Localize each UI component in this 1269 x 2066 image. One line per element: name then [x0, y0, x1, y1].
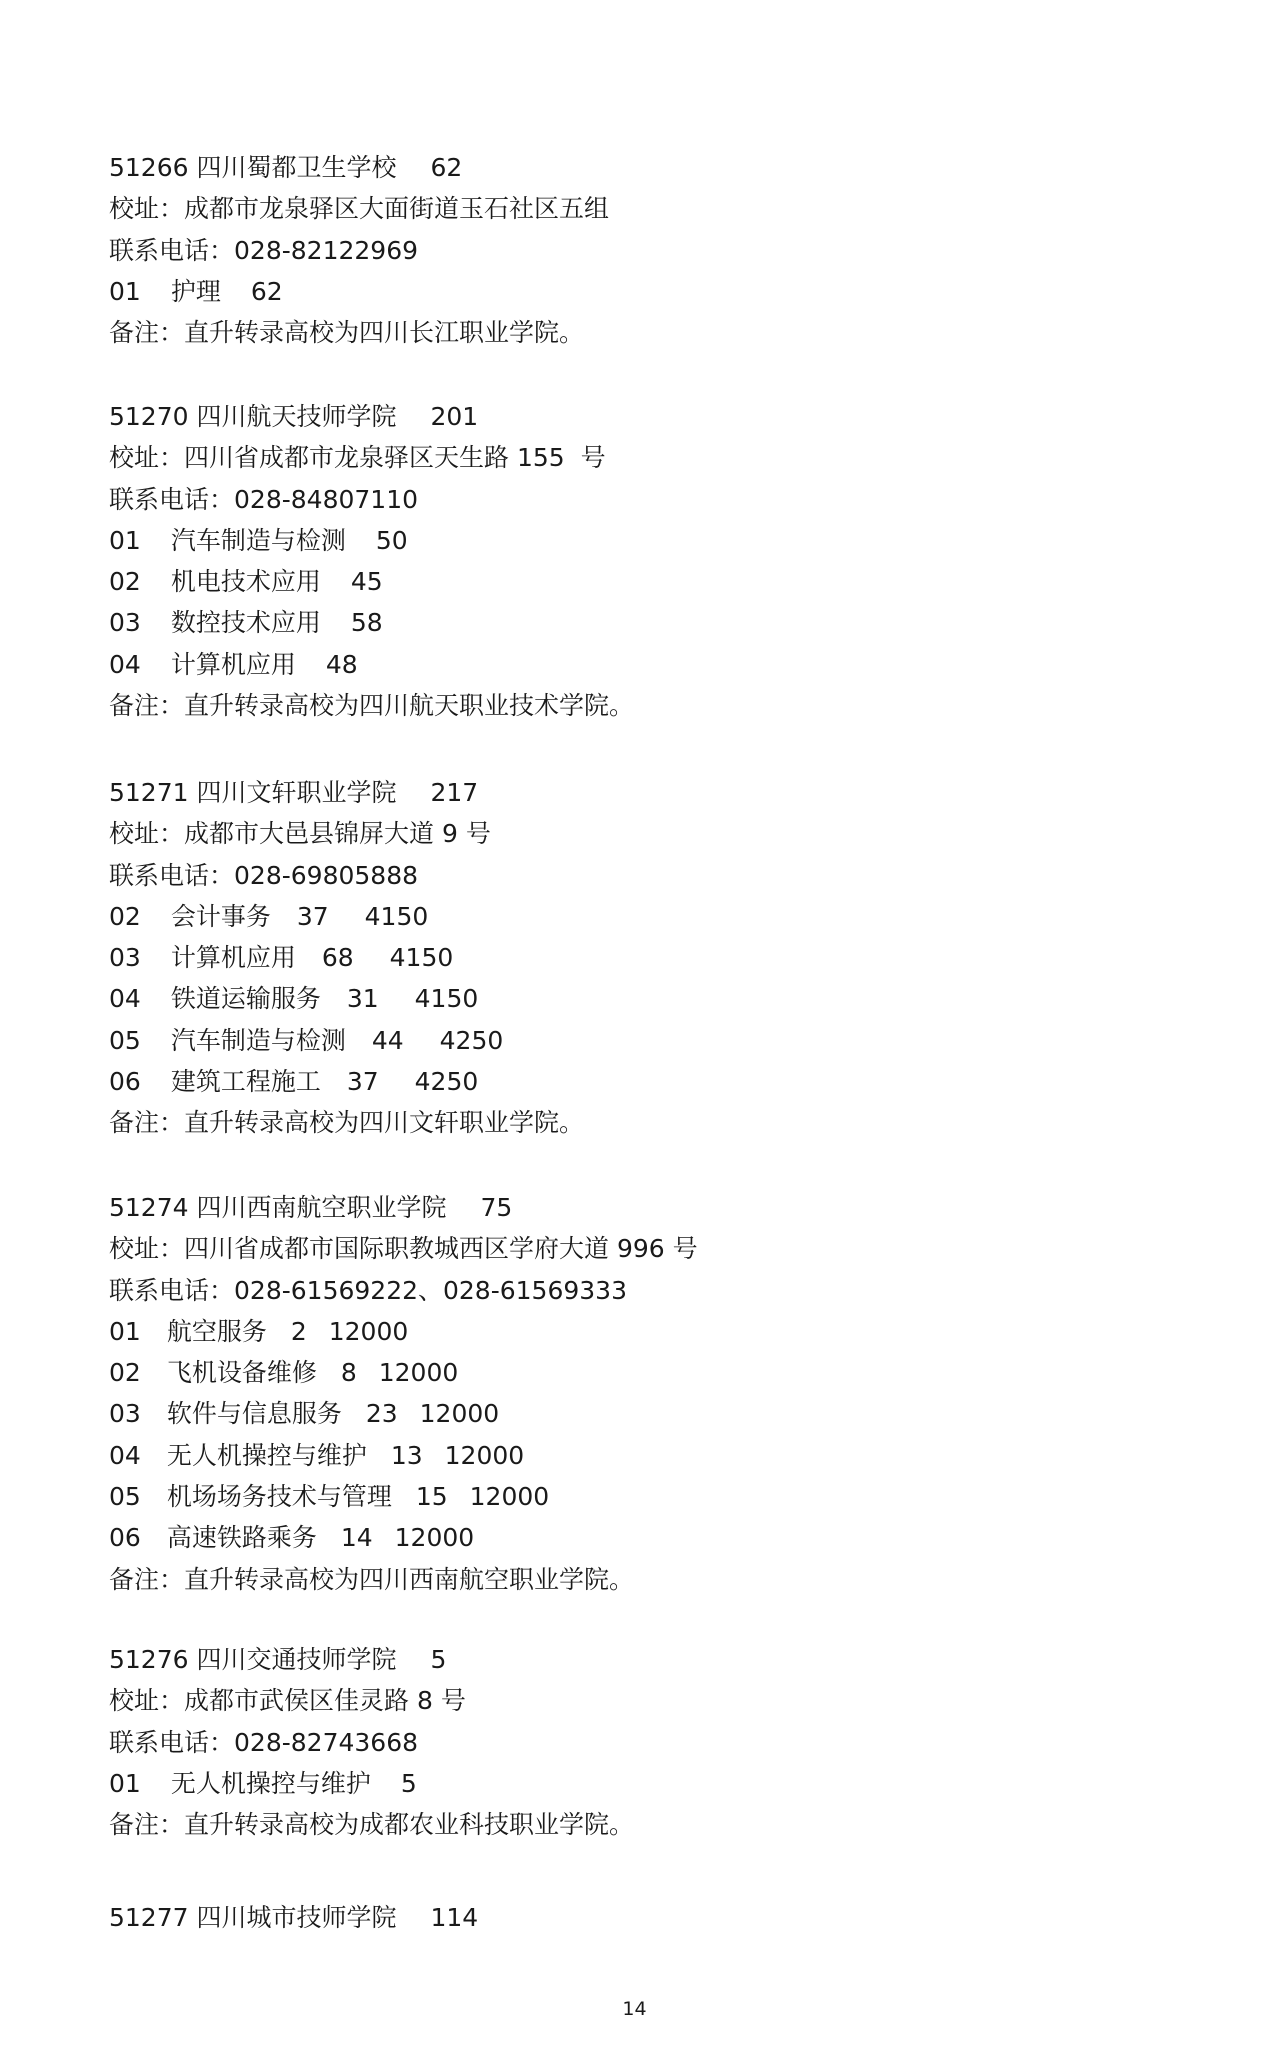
major-fee: 4150: [365, 902, 429, 931]
school-section-51276: 51276 四川交通技师学院5 校址：成都市武侯区佳灵路 8 号 联系电话：02…: [109, 1639, 634, 1845]
major-name: 航空服务: [167, 1317, 267, 1346]
major-code: 01: [109, 526, 141, 555]
major-code: 05: [109, 1026, 141, 1055]
major-row: 02飞机设备维修812000: [109, 1352, 698, 1393]
major-row: 06建筑工程施工374250: [109, 1061, 584, 1102]
address-label: 校址：: [109, 443, 184, 472]
school-total: 75: [481, 1193, 513, 1222]
school-total: 114: [431, 1903, 479, 1932]
school-heading: 51274 四川西南航空职业学院75: [109, 1187, 698, 1228]
school-section-51274: 51274 四川西南航空职业学院75 校址：四川省成都市国际职教城西区学府大道 …: [109, 1187, 698, 1600]
major-row: 04无人机操控与维护1312000: [109, 1435, 698, 1476]
major-count: 5: [401, 1769, 417, 1798]
address-value: 成都市龙泉驿区大面街道玉石社区五组: [184, 194, 609, 223]
school-code: 51270: [109, 402, 189, 431]
major-row: 02会计事务374150: [109, 896, 584, 937]
major-count: 37: [347, 1067, 379, 1096]
phone-value: 028-84807110: [234, 485, 418, 514]
major-count: 13: [391, 1441, 423, 1470]
major-code: 01: [109, 1769, 141, 1798]
school-note: 备注：直升转录高校为四川西南航空职业学院。: [109, 1559, 698, 1600]
major-name: 建筑工程施工: [171, 1067, 321, 1096]
major-code: 06: [109, 1067, 141, 1096]
school-code: 51266: [109, 153, 189, 182]
address-value: 成都市大邑县锦屏大道 9 号: [184, 819, 491, 848]
major-fee: 12000: [470, 1482, 550, 1511]
major-count: 48: [326, 650, 358, 679]
school-code: 51274: [109, 1193, 189, 1222]
major-count: 50: [376, 526, 408, 555]
major-fee: 12000: [329, 1317, 409, 1346]
major-code: 01: [109, 277, 141, 306]
major-name: 铁道运输服务: [171, 984, 321, 1013]
school-note: 备注：直升转录高校为四川航天职业技术学院。: [109, 685, 634, 726]
major-count: 37: [297, 902, 329, 931]
phone-value: 028-61569222、028-61569333: [234, 1276, 627, 1305]
phone-value: 028-82122969: [234, 236, 418, 265]
note-value: 直升转录高校为四川航天职业技术学院。: [184, 691, 634, 720]
phone-label: 联系电话：: [109, 861, 234, 890]
school-name: 四川航天技师学院: [196, 402, 396, 431]
note-value: 直升转录高校为成都农业科技职业学院。: [184, 1810, 634, 1839]
major-code: 05: [109, 1482, 141, 1511]
major-count: 45: [351, 567, 383, 596]
major-fee: 12000: [395, 1523, 475, 1552]
address-label: 校址：: [109, 194, 184, 223]
major-code: 04: [109, 984, 141, 1013]
major-row: 01无人机操控与维护5: [109, 1763, 634, 1804]
school-phone: 联系电话：028-61569222、028-61569333: [109, 1270, 698, 1311]
note-label: 备注：: [109, 1810, 184, 1839]
major-row: 02机电技术应用45: [109, 561, 634, 602]
school-heading: 51271 四川文轩职业学院217: [109, 772, 584, 813]
major-code: 03: [109, 608, 141, 637]
school-name: 四川城市技师学院: [196, 1903, 396, 1932]
major-count: 31: [347, 984, 379, 1013]
major-code: 04: [109, 1441, 141, 1470]
school-name: 四川交通技师学院: [196, 1645, 396, 1674]
address-label: 校址：: [109, 819, 184, 848]
school-total: 62: [431, 153, 463, 182]
major-count: 2: [291, 1317, 307, 1346]
school-name: 四川西南航空职业学院: [196, 1193, 446, 1222]
school-total: 217: [431, 778, 479, 807]
school-heading: 51266 四川蜀都卫生学校62: [109, 147, 609, 188]
address-value: 四川省成都市龙泉驿区天生路 155 号: [184, 443, 606, 472]
major-name: 机场场务技术与管理: [167, 1482, 392, 1511]
school-note: 备注：直升转录高校为成都农业科技职业学院。: [109, 1804, 634, 1845]
school-address: 校址：成都市武侯区佳灵路 8 号: [109, 1680, 634, 1721]
major-name: 汽车制造与检测: [171, 1026, 346, 1055]
school-total: 5: [431, 1645, 447, 1674]
school-code: 51271: [109, 778, 189, 807]
major-row: 01汽车制造与检测50: [109, 520, 634, 561]
major-name: 高速铁路乘务: [167, 1523, 317, 1552]
major-fee: 4250: [440, 1026, 504, 1055]
school-heading: 51276 四川交通技师学院5: [109, 1639, 634, 1680]
school-address: 校址：成都市龙泉驿区大面街道玉石社区五组: [109, 188, 609, 229]
major-name: 会计事务: [171, 902, 271, 931]
address-label: 校址：: [109, 1234, 184, 1263]
major-row: 05机场场务技术与管理1512000: [109, 1476, 698, 1517]
phone-label: 联系电话：: [109, 1728, 234, 1757]
school-section-51270: 51270 四川航天技师学院201 校址：四川省成都市龙泉驿区天生路 155 号…: [109, 396, 634, 726]
major-count: 15: [416, 1482, 448, 1511]
school-total: 201: [431, 402, 479, 431]
major-row: 04铁道运输服务314150: [109, 978, 584, 1019]
note-value: 直升转录高校为四川长江职业学院。: [184, 318, 584, 347]
note-label: 备注：: [109, 1108, 184, 1137]
major-count: 58: [351, 608, 383, 637]
phone-label: 联系电话：: [109, 1276, 234, 1305]
major-count: 44: [372, 1026, 404, 1055]
note-value: 直升转录高校为四川西南航空职业学院。: [184, 1565, 634, 1594]
address-label: 校址：: [109, 1686, 184, 1715]
major-code: 06: [109, 1523, 141, 1552]
major-fee: 4250: [415, 1067, 479, 1096]
school-code: 51276: [109, 1645, 189, 1674]
school-code: 51277: [109, 1903, 189, 1932]
phone-label: 联系电话：: [109, 236, 234, 265]
school-note: 备注：直升转录高校为四川文轩职业学院。: [109, 1102, 584, 1143]
school-section-51271: 51271 四川文轩职业学院217 校址：成都市大邑县锦屏大道 9 号 联系电话…: [109, 772, 584, 1144]
school-phone: 联系电话：028-69805888: [109, 855, 584, 896]
school-phone: 联系电话：028-82743668: [109, 1722, 634, 1763]
phone-label: 联系电话：: [109, 485, 234, 514]
major-count: 14: [341, 1523, 373, 1552]
major-row: 03软件与信息服务2312000: [109, 1393, 698, 1434]
major-count: 8: [341, 1358, 357, 1387]
major-name: 护理: [171, 277, 221, 306]
school-address: 校址：四川省成都市龙泉驿区天生路 155 号: [109, 437, 634, 478]
school-name: 四川文轩职业学院: [196, 778, 396, 807]
major-name: 计算机应用: [171, 943, 296, 972]
school-heading: 51277 四川城市技师学院114: [109, 1897, 478, 1938]
major-row: 03计算机应用684150: [109, 937, 584, 978]
phone-value: 028-69805888: [234, 861, 418, 890]
major-code: 03: [109, 1399, 141, 1428]
major-count: 68: [322, 943, 354, 972]
address-value: 四川省成都市国际职教城西区学府大道 996 号: [184, 1234, 698, 1263]
major-row: 01航空服务212000: [109, 1311, 698, 1352]
major-name: 无人机操控与维护: [171, 1769, 371, 1798]
major-row: 03数控技术应用58: [109, 602, 634, 643]
major-name: 软件与信息服务: [167, 1399, 342, 1428]
address-value: 成都市武侯区佳灵路 8 号: [184, 1686, 466, 1715]
major-count: 62: [251, 277, 283, 306]
major-code: 02: [109, 567, 141, 596]
major-name: 计算机应用: [171, 650, 296, 679]
phone-value: 028-82743668: [234, 1728, 418, 1757]
school-phone: 联系电话：028-84807110: [109, 479, 634, 520]
major-name: 飞机设备维修: [167, 1358, 317, 1387]
school-note: 备注：直升转录高校为四川长江职业学院。: [109, 312, 609, 353]
school-section-51277: 51277 四川城市技师学院114: [109, 1897, 478, 1938]
page-number: 14: [0, 1994, 1269, 2024]
major-row: 01护理62: [109, 271, 609, 312]
school-phone: 联系电话：028-82122969: [109, 230, 609, 271]
school-address: 校址：成都市大邑县锦屏大道 9 号: [109, 813, 584, 854]
major-fee: 12000: [445, 1441, 525, 1470]
major-code: 04: [109, 650, 141, 679]
major-fee: 12000: [420, 1399, 500, 1428]
major-name: 无人机操控与维护: [167, 1441, 367, 1470]
major-row: 04计算机应用48: [109, 644, 634, 685]
note-value: 直升转录高校为四川文轩职业学院。: [184, 1108, 584, 1137]
major-fee: 12000: [379, 1358, 459, 1387]
major-fee: 4150: [415, 984, 479, 1013]
note-label: 备注：: [109, 1565, 184, 1594]
major-code: 02: [109, 1358, 141, 1387]
major-count: 23: [366, 1399, 398, 1428]
major-row: 05汽车制造与检测444250: [109, 1020, 584, 1061]
major-code: 02: [109, 902, 141, 931]
school-name: 四川蜀都卫生学校: [196, 153, 396, 182]
note-label: 备注：: [109, 318, 184, 347]
major-name: 数控技术应用: [171, 608, 321, 637]
major-code: 03: [109, 943, 141, 972]
major-name: 机电技术应用: [171, 567, 321, 596]
major-name: 汽车制造与检测: [171, 526, 346, 555]
major-row: 06高速铁路乘务1412000: [109, 1517, 698, 1558]
major-code: 01: [109, 1317, 141, 1346]
note-label: 备注：: [109, 691, 184, 720]
school-address: 校址：四川省成都市国际职教城西区学府大道 996 号: [109, 1228, 698, 1269]
major-fee: 4150: [390, 943, 454, 972]
school-section-51266: 51266 四川蜀都卫生学校62 校址：成都市龙泉驿区大面街道玉石社区五组 联系…: [109, 147, 609, 353]
school-heading: 51270 四川航天技师学院201: [109, 396, 634, 437]
